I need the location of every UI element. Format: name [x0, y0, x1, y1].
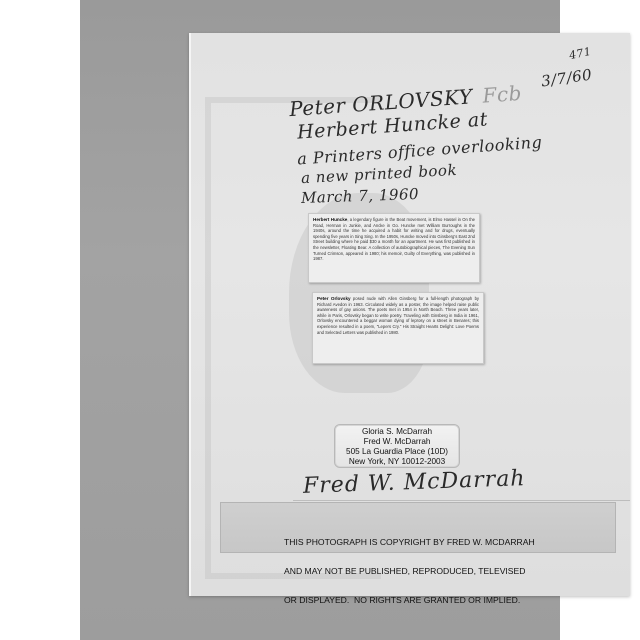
- photo-backdrop: Peter ORLOVSKYFcb Herbert Huncke at a Pr…: [80, 0, 560, 640]
- copyright-line-3: OR DISPLAYED. NO RIGHTS ARE GRANTED OR I…: [284, 596, 535, 606]
- copyright-stamp: THIS PHOTOGRAPH IS COPYRIGHT BY FRED W. …: [220, 502, 616, 553]
- handwritten-catalog-number: 471: [568, 45, 593, 62]
- clipping-huncke-name: Herbert Huncke: [313, 217, 347, 222]
- address-line-3: 505 La Guardia Place (10D): [335, 447, 459, 457]
- address-line-1: Gloria S. McDarrah: [335, 427, 459, 437]
- clipping-orlovsky-text: posed nude with Allen Ginsberg for a ful…: [317, 296, 479, 335]
- clipping-orlovsky-name: Peter Orlovsky: [317, 296, 351, 301]
- photo-print-back: Peter ORLOVSKYFcb Herbert Huncke at a Pr…: [189, 33, 630, 596]
- copyright-line-1: THIS PHOTOGRAPH IS COPYRIGHT BY FRED W. …: [284, 538, 535, 548]
- copyright-line-2: AND MAY NOT BE PUBLISHED, REPRODUCED, TE…: [284, 567, 535, 577]
- address-stamp: Gloria S. McDarrah Fred W. McDarrah 505 …: [334, 424, 460, 468]
- clipping-huncke-text: , a legendary figure in the Beat movemen…: [313, 217, 475, 261]
- handwritten-date: 3/7/60: [540, 66, 593, 91]
- address-line-4: New York, NY 10012-2003: [335, 457, 459, 467]
- clipping-huncke-bio: Herbert Huncke, a legendary figure in th…: [308, 213, 480, 283]
- clipping-orlovsky-bio: Peter Orlovsky posed nude with Allen Gin…: [312, 292, 484, 364]
- copyright-text: THIS PHOTOGRAPH IS COPYRIGHT BY FRED W. …: [284, 519, 535, 625]
- address-line-2: Fred W. McDarrah: [335, 437, 459, 447]
- signature-divider: [293, 500, 630, 501]
- handwritten-faint-note: Fcb: [482, 81, 523, 108]
